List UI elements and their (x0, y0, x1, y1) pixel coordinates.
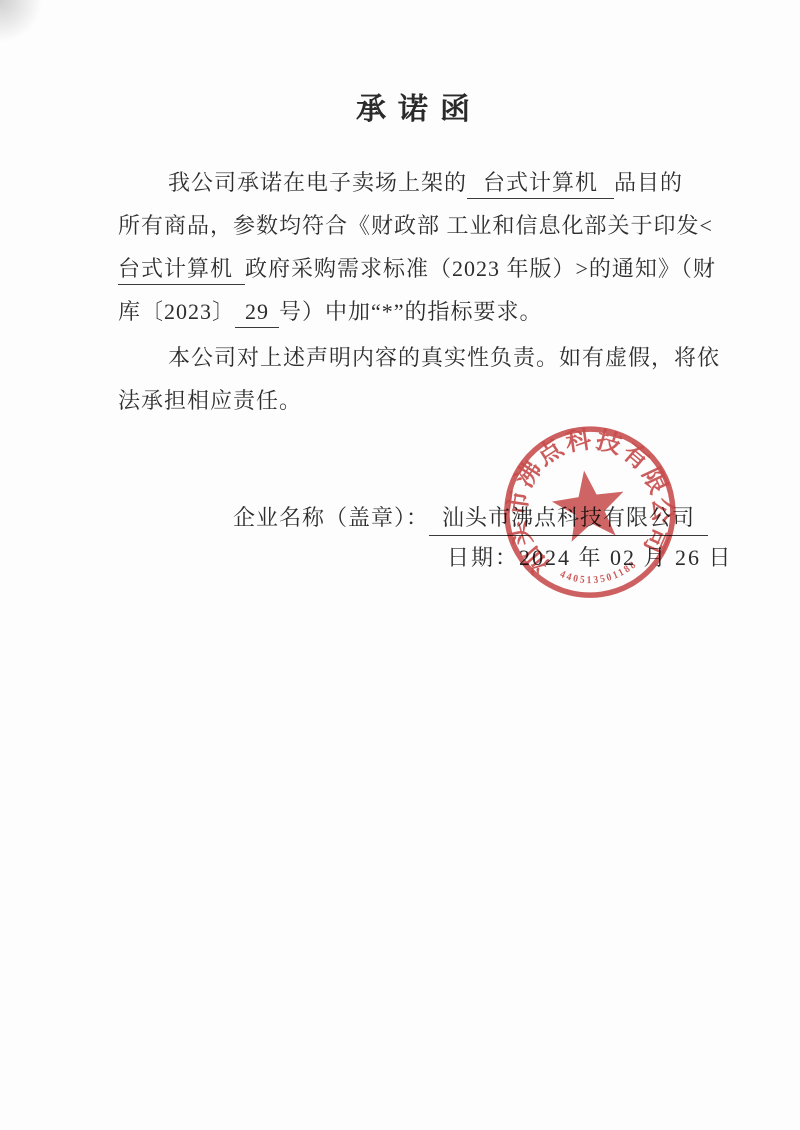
date-value: 2024 年 02 月 26 日 (519, 545, 733, 570)
page-title: 承诺函 (356, 84, 482, 128)
date-label: 日期： (447, 545, 519, 570)
body-line-2: 所有商品，参数均符合《财政部 工业和信息化部关于印发< (118, 204, 698, 247)
body-line-6: 法承担相应责任。 (118, 379, 698, 422)
body-text-run: 政府采购需求标准（2023 年版）>的通知》（财 (245, 256, 716, 281)
body-text-run: 所有商品，参数均符合《财政部 工业和信息化部关于印发< (118, 213, 713, 238)
body-text-run: 我公司承诺在电子卖场上架的 (168, 170, 467, 195)
body-line-3: 台式计算机政府采购需求标准（2023 年版）>的通知》（财 (118, 247, 698, 290)
body-text-run: 本公司对上述声明内容的真实性负责。如有虚假，将依 (168, 345, 720, 370)
letter-body: 我公司承诺在电子卖场上架的台式计算机品目的 所有商品，参数均符合《财政部 工业和… (118, 161, 698, 422)
signature-company-line: 企业名称（盖章）：汕头市沸点科技有限公司 (233, 501, 708, 536)
filled-blank-number: 29 (235, 297, 279, 328)
body-text-run: 库〔2023〕 (118, 299, 235, 324)
body-text-run: 品目的 (614, 170, 683, 195)
body-text-run: 法承担相应责任。 (118, 388, 302, 413)
company-name-filled: 汕头市沸点科技有限公司 (429, 503, 708, 536)
scanned-letter-page: 承诺函 我公司承诺在电子卖场上架的台式计算机品目的 所有商品，参数均符合《财政部… (0, 0, 800, 1130)
body-text-run: 号）中加“*”的指标要求。 (279, 299, 543, 324)
body-line-1: 我公司承诺在电子卖场上架的台式计算机品目的 (118, 161, 698, 204)
scan-corner-artifact (0, 0, 46, 46)
company-label: 企业名称（盖章）： (233, 505, 429, 530)
signature-date-line: 日期：2024 年 02 月 26 日 (447, 541, 733, 572)
filled-blank-category: 台式计算机 (467, 168, 614, 199)
filled-blank-category: 台式计算机 (118, 254, 245, 285)
body-line-4: 库〔2023〕29号）中加“*”的指标要求。 (118, 290, 698, 333)
body-line-5: 本公司对上述声明内容的真实性负责。如有虚假，将依 (118, 336, 698, 379)
